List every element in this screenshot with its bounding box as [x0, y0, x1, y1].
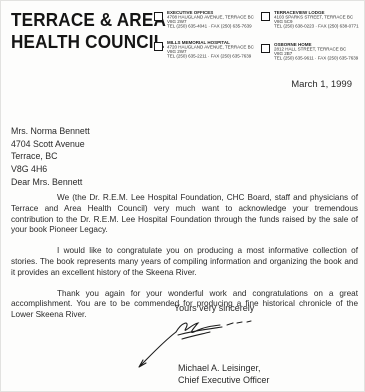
location-phone: TEL (250) 635-2211 · FAX (250) 635-7639 — [167, 55, 254, 60]
location-block-osborne-home: OSBORNE HOME 2812 HALL STREET, TERRACE B… — [261, 43, 361, 67]
location-block-terraceview-lodge: TERRACEVIEW LODGE 4103 SPARKS STREET, TE… — [261, 11, 361, 35]
recipient-postal: V8G 4H6 — [11, 163, 90, 176]
location-text: OSBORNE HOME 2812 HALL STREET, TERRACE B… — [274, 43, 358, 61]
recipient-city: Terrace, BC — [11, 150, 90, 163]
location-block-executive-offices: EXECUTIVE OFFICES 4708 HAUGLAND AVENUE, … — [154, 11, 254, 35]
body-paragraph: I would like to congratulate you on prod… — [11, 246, 358, 278]
signer-name: Michael A. Leisinger, — [178, 363, 269, 375]
signer-block: Michael A. Leisinger, Chief Executive Of… — [178, 363, 269, 386]
signature-scrawl — [131, 317, 256, 369]
signer-title: Chief Executive Officer — [178, 375, 269, 387]
recipient-name: Mrs. Norma Bennett — [11, 125, 90, 138]
location-text: TERRACEVIEW LODGE 4103 SPARKS STREET, TE… — [274, 11, 359, 29]
salutation: Dear Mrs. Bennett — [11, 177, 82, 187]
org-name-line2: HEALTH COUNCIL — [11, 31, 166, 53]
location-block-mills-memorial: MILLS MEMORIAL HOSPITAL 4720 HAUGLAND AV… — [154, 41, 254, 65]
checkbox-icon — [261, 44, 270, 53]
location-phone: TEL (250) 638-0223 · FAX (250) 638-0771 — [274, 25, 359, 30]
letterhead-locations-right: TERRACEVIEW LODGE 4103 SPARKS STREET, TE… — [261, 11, 361, 75]
checkbox-icon — [154, 12, 163, 21]
closing-phrase: Yours very sincerely — [174, 303, 254, 313]
recipient-street: 4704 Scott Avenue — [11, 138, 90, 151]
letter-page: TERRACE & AREA HEALTH COUNCIL EXECUTIVE … — [0, 0, 365, 392]
location-text: EXECUTIVE OFFICES 4708 HAUGLAND AVENUE, … — [167, 11, 254, 29]
letterhead-locations-left: EXECUTIVE OFFICES 4708 HAUGLAND AVENUE, … — [154, 11, 254, 71]
recipient-address: Mrs. Norma Bennett 4704 Scott Avenue Ter… — [11, 125, 90, 175]
location-phone: TEL (250) 635-9611 · FAX (250) 635-7639 — [274, 57, 358, 62]
checkbox-icon — [154, 42, 163, 51]
location-text: MILLS MEMORIAL HOSPITAL 4720 HAUGLAND AV… — [167, 41, 254, 59]
checkbox-icon — [261, 12, 270, 21]
org-name: TERRACE & AREA HEALTH COUNCIL — [11, 9, 166, 53]
location-phone: TEL (250) 635-4041 · FAX (250) 635-7639 — [167, 25, 254, 30]
body-paragraph: We (the Dr. R.E.M. Lee Hospital Foundati… — [11, 193, 358, 236]
org-name-line1: TERRACE & AREA — [11, 9, 166, 31]
letter-date: March 1, 1999 — [291, 79, 352, 90]
